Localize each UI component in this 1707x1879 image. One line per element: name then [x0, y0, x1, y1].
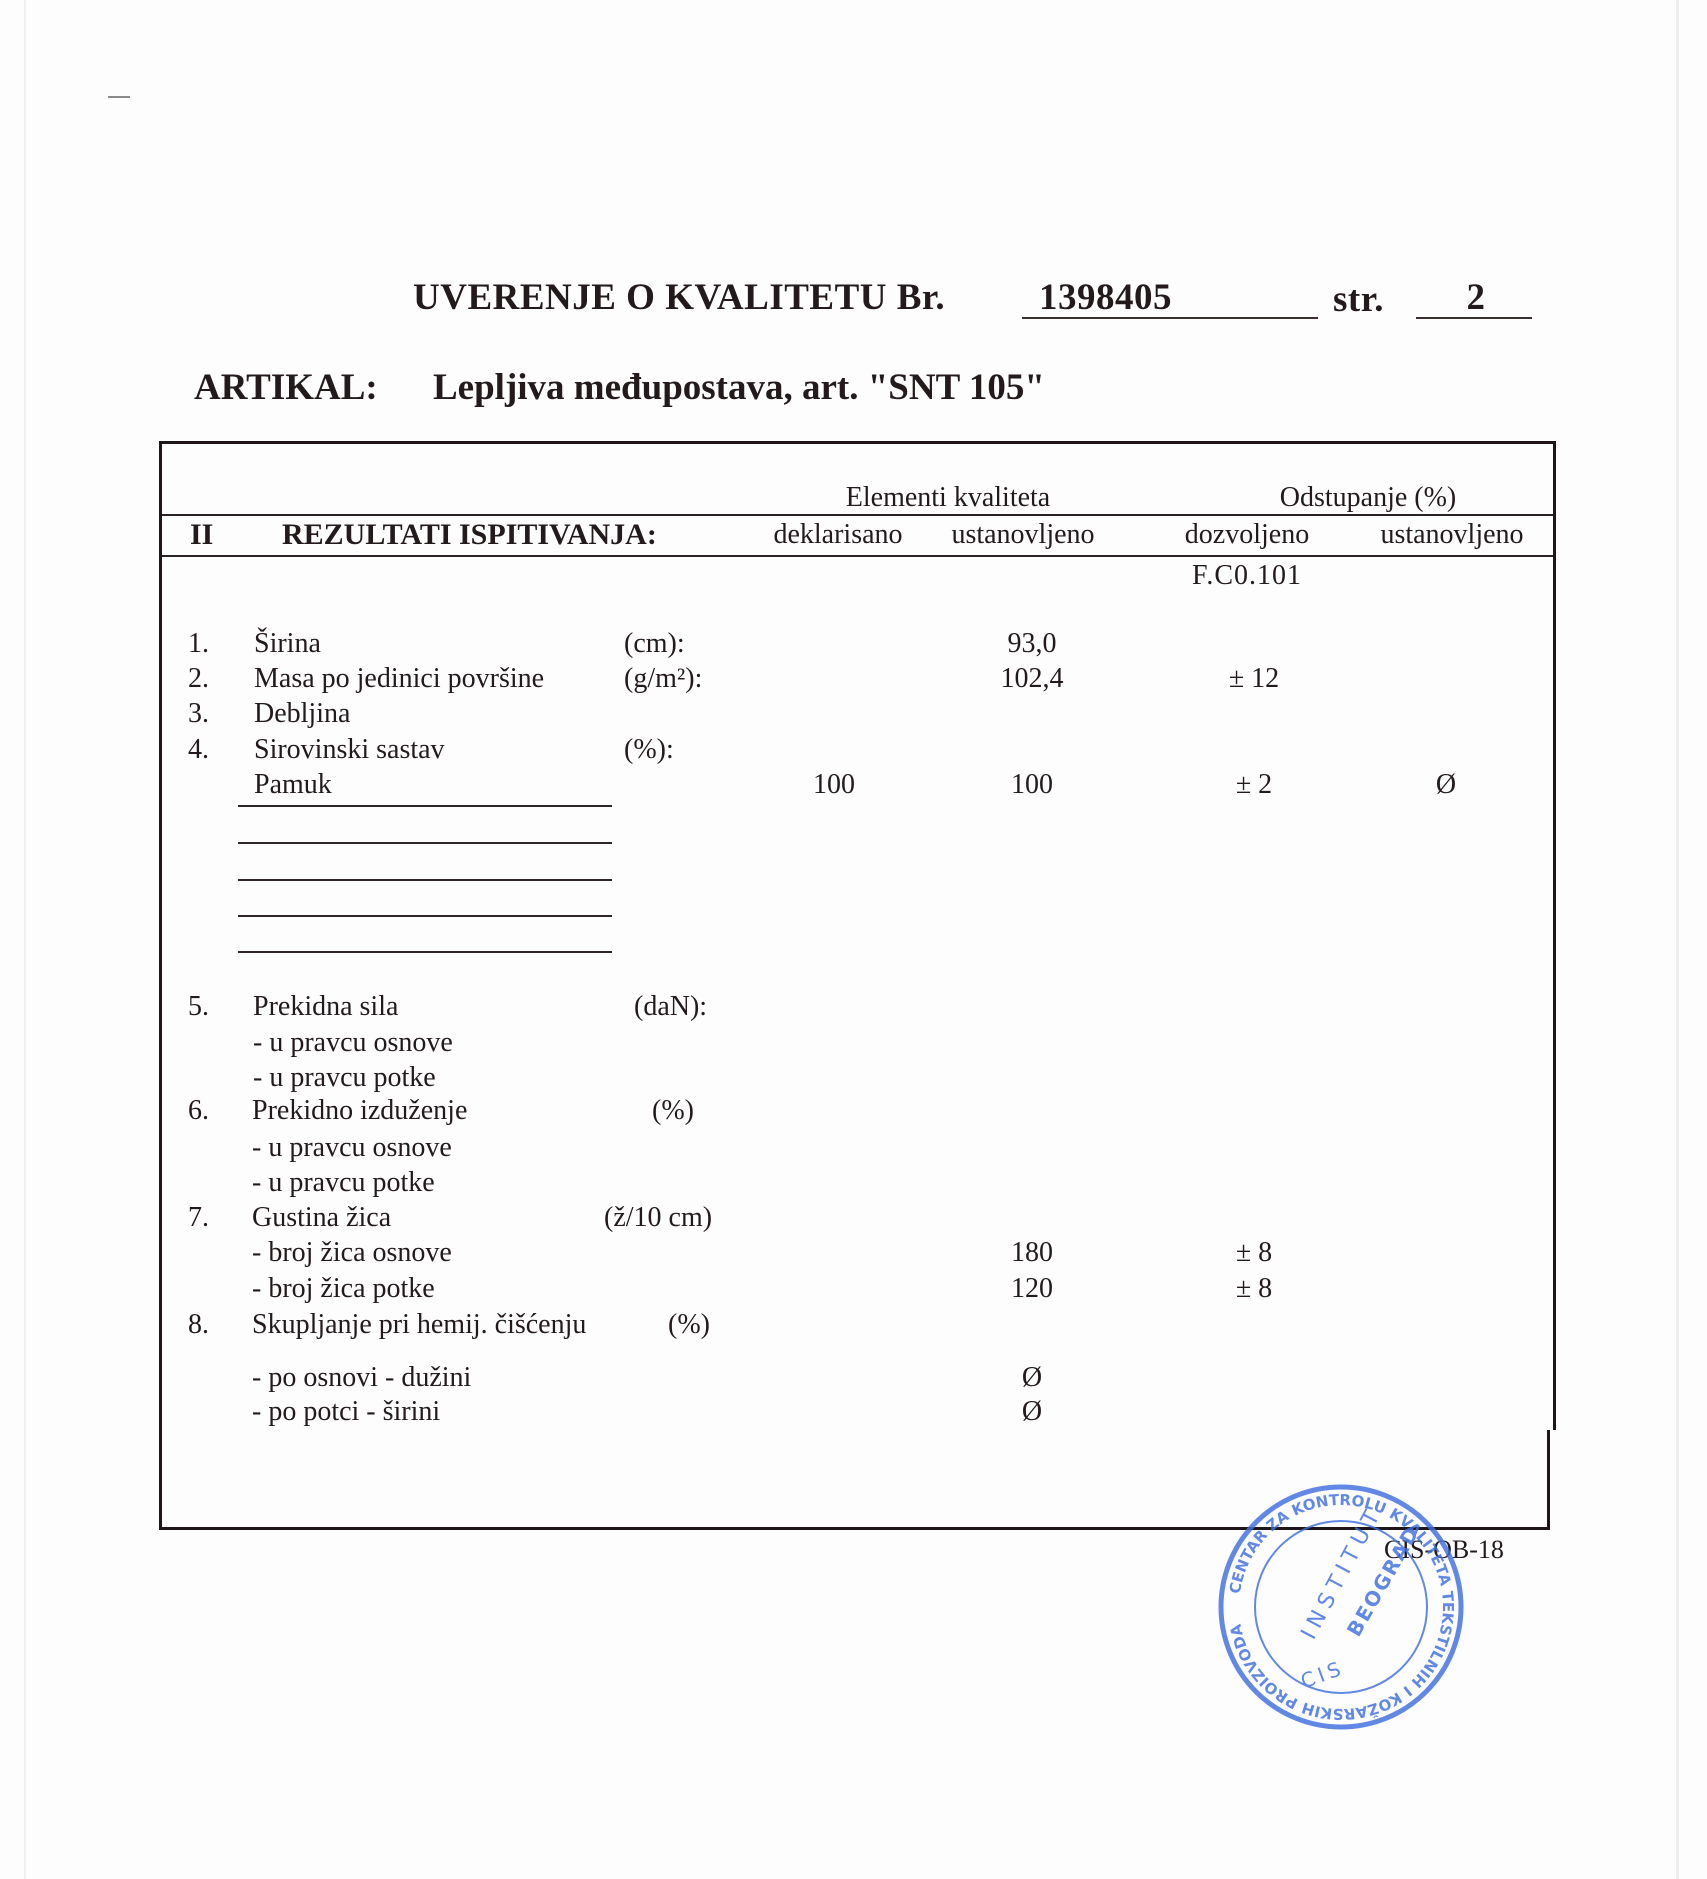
row-established: 120 — [1011, 1275, 1053, 1303]
row-label: - u pravcu osnove — [252, 1134, 452, 1162]
row-unit: (cm): — [624, 630, 685, 658]
row-label: Debljina — [254, 700, 350, 728]
row-unit: (%): — [624, 736, 674, 764]
row-label: - broj žica potke — [252, 1275, 435, 1303]
row-allowed: ± 12 — [1229, 665, 1279, 693]
col-declared-header: deklarisano — [773, 521, 902, 549]
frame-offset — [1550, 1430, 1556, 1530]
article-value: Lepljiva međupostava, art. "SNT 105" — [433, 369, 1045, 406]
row-label: - po osnovi - dužini — [252, 1364, 471, 1392]
row-number: 1. — [188, 630, 209, 658]
row-unit: (%) — [652, 1097, 694, 1125]
row-label: Prekidna sila — [253, 993, 398, 1021]
composition-blank-line — [238, 842, 612, 844]
row-label: Skupljanje pri hemij. čišćenju — [252, 1311, 586, 1339]
row-established: 93,0 — [1008, 630, 1057, 658]
header-divider-top — [162, 514, 1553, 516]
row-allowed: ± 2 — [1236, 771, 1272, 799]
row-label: Sirovinski sastav — [254, 736, 445, 764]
row-label: - u pravcu potke — [252, 1169, 435, 1197]
row-label: Širina — [254, 630, 321, 658]
composition-blank-line — [238, 951, 612, 953]
row-number: 4. — [188, 736, 209, 764]
certificate-title: UVERENJE O KVALITETU Br. — [413, 279, 945, 316]
row-number: 8. — [188, 1311, 209, 1339]
page-edge-left — [24, 0, 26, 1879]
svg-text:CIS: CIS — [1297, 1655, 1347, 1693]
section-title: REZULTATI ISPITIVANJA: — [282, 520, 657, 550]
page-label: str. — [1333, 281, 1384, 318]
certificate-number-underline — [1022, 317, 1318, 319]
frame-right-lower — [1547, 1430, 1550, 1530]
row-established: 180 — [1011, 1239, 1053, 1267]
row-unit: (%) — [668, 1311, 710, 1339]
article-label: ARTIKAL: — [194, 369, 378, 406]
col-allowed-header: dozvoljeno — [1185, 521, 1309, 549]
certificate-number: 1398405 — [1039, 279, 1172, 316]
group-deviation-header: Odstupanje (%) — [1280, 484, 1457, 512]
standard-reference: F.C0.101 — [1192, 562, 1302, 590]
scan-mark — [108, 96, 130, 98]
row-established: Ø — [1022, 1364, 1042, 1392]
col-established-header: ustanovljeno — [951, 521, 1094, 549]
col-dev-established-header: ustanovljeno — [1380, 521, 1523, 549]
row-established: 102,4 — [1001, 665, 1064, 693]
row-established: 100 — [1011, 771, 1053, 799]
page-number: 2 — [1467, 279, 1486, 316]
row-declared: 100 — [813, 771, 855, 799]
composition-blank-line — [238, 879, 612, 881]
row-dev-established: Ø — [1436, 771, 1456, 799]
row-label: Prekidno izduženje — [252, 1097, 467, 1125]
row-label: - po potci - širini — [252, 1398, 440, 1426]
row-allowed: ± 8 — [1236, 1239, 1272, 1267]
composition-blank-line — [238, 805, 612, 807]
page-edge-right — [1676, 0, 1679, 1879]
row-established: Ø — [1022, 1398, 1042, 1426]
page-number-underline — [1416, 317, 1532, 319]
group-quality-header: Elementi kvaliteta — [846, 484, 1050, 512]
row-number: 3. — [188, 700, 209, 728]
row-label: Masa po jedinici površine — [254, 665, 544, 693]
row-allowed: ± 8 — [1236, 1275, 1272, 1303]
row-label: - u pravcu potke — [253, 1064, 436, 1092]
row-label: Gustina žica — [252, 1204, 391, 1232]
composition-blank-line — [238, 915, 612, 917]
row-unit: (ž/10 cm) — [604, 1204, 712, 1232]
row-unit: (g/m²): — [624, 665, 702, 693]
institute-stamp-icon: CENTAR ZA KONTROLU KVALITETA TEKSTILNIH … — [1216, 1482, 1466, 1732]
header-divider-bottom — [162, 555, 1553, 557]
row-number: 7. — [188, 1204, 209, 1232]
row-number: 6. — [188, 1097, 209, 1125]
row-label: - broj žica osnove — [252, 1239, 452, 1267]
row-number: 2. — [188, 665, 209, 693]
row-label: - u pravcu osnove — [253, 1029, 453, 1057]
svg-text:CENTAR ZA KONTROLU KVALITETA T: CENTAR ZA KONTROLU KVALITETA TEKSTILNIH … — [1226, 1491, 1457, 1723]
row-number: 5. — [188, 993, 209, 1021]
row-label: Pamuk — [254, 771, 332, 799]
section-number: II — [190, 520, 213, 550]
row-unit: (daN): — [634, 993, 707, 1021]
